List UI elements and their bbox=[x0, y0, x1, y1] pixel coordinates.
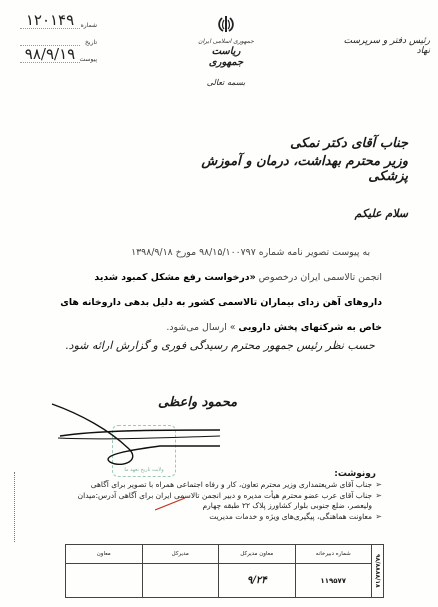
table-cell bbox=[66, 564, 142, 597]
country-name: جمهوری اسلامی ایران bbox=[196, 38, 256, 45]
margin-mark bbox=[14, 472, 19, 542]
table-column: شماره دبیرخانه ۱۱۹۵۷۷ bbox=[295, 545, 372, 597]
letter-number: ۱۲۰۱۴۹ bbox=[20, 13, 80, 29]
letter-number-row: شماره ۱۲۰۱۴۹ bbox=[20, 12, 120, 29]
letter-date: ۹۸/۹/۱۹ bbox=[20, 47, 80, 63]
office-title: رئیس دفتر و سرپرست نهاد bbox=[330, 36, 430, 56]
table-column: معاون bbox=[66, 545, 142, 597]
table-header: معاون مدیرکل bbox=[219, 545, 295, 564]
office-name: ریاست جمهوری bbox=[196, 46, 256, 68]
date-label: تاریخ bbox=[83, 39, 97, 46]
signature-scribble bbox=[40, 400, 220, 480]
bismillah: بسمه تعالی bbox=[196, 78, 256, 87]
letter-attachment-row: پیوست ۹۸/۹/۱۹ bbox=[20, 46, 120, 63]
table-column: مدیرکل bbox=[142, 545, 219, 597]
cc-item: ➢ جناب آقای عرب عضو محترم هیأت مدیره و د… bbox=[62, 491, 382, 512]
president-note: حسب نظر رئیس جمهور محترم رسیدگی فوری و گ… bbox=[60, 339, 380, 352]
arrow-icon: ➢ bbox=[375, 491, 382, 502]
letter-page: شماره ۱۲۰۱۴۹ تاریخ پیوست ۹۸/۹/۱۹ جمهوری … bbox=[0, 0, 438, 607]
cc-list: ➢ جناب آقای شریعتمداری وزیر محترم تعاون،… bbox=[62, 480, 382, 522]
table-cell: ۱۱۹۵۷۷ bbox=[296, 564, 372, 597]
cc-title: رونوشت: bbox=[334, 469, 376, 479]
attachment-label: پیوست bbox=[83, 56, 97, 63]
body-p2-end: » ارسال می‌شود. bbox=[166, 322, 238, 333]
letter-meta: شماره ۱۲۰۱۴۹ تاریخ پیوست ۹۸/۹/۱۹ bbox=[20, 12, 120, 63]
body-paragraph-2: انجمن تالاسمی ایران درخصوص «درخواست رفع … bbox=[60, 265, 382, 340]
cc-item: ➢ جناب آقای شریعتمداری وزیر محترم تعاون،… bbox=[62, 480, 382, 491]
table-header: معاون bbox=[66, 545, 142, 564]
body-paragraph-1: به پیوست تصویر نامه شماره ۹۸/۱۵/۱۰۰۷۹۷ م… bbox=[60, 240, 382, 265]
signatory-name: محمود واعظی bbox=[158, 395, 237, 410]
table-column: معاون مدیرکل ۹/۲۴ bbox=[218, 545, 295, 597]
table-header: مدیرکل bbox=[143, 545, 219, 564]
iran-emblem-icon bbox=[216, 14, 236, 34]
table-cell-handwritten: ۹/۲۴ bbox=[219, 564, 295, 597]
arrow-icon: ➢ bbox=[375, 512, 382, 523]
addressee-title: وزیر محترم بهداشت، درمان و آموزش پزشکی bbox=[168, 154, 408, 184]
letterhead: جمهوری اسلامی ایران ریاست جمهوری بسمه تع… bbox=[196, 14, 256, 87]
cc-item: ➢ معاونت هماهنگی، پیگیری‌های ویژه و خدما… bbox=[62, 512, 382, 523]
greeting: سلام علیکم bbox=[355, 207, 408, 220]
letter-body: به پیوست تصویر نامه شماره ۹۸/۱۵/۱۰۰۷۹۷ م… bbox=[60, 240, 382, 340]
addressee: جناب آقای دکتر نمکی وزیر محترم بهداشت، د… bbox=[168, 136, 408, 184]
arrow-icon: ➢ bbox=[375, 480, 382, 491]
table-side-code: ۹۸/۸۸۸۸/۱۸ bbox=[371, 545, 383, 597]
letter-date-row: تاریخ bbox=[20, 29, 120, 46]
addressee-name: جناب آقای دکتر نمکی bbox=[168, 136, 408, 151]
body-p2-start: انجمن تالاسمی ایران درخصوص bbox=[256, 272, 382, 283]
number-label: شماره bbox=[83, 22, 97, 29]
body-line-1: به پیوست تصویر نامه شماره ۹۸/۱۵/۱۰۰۷۹۷ م… bbox=[131, 247, 370, 258]
table-cell bbox=[143, 564, 219, 597]
table-header: شماره دبیرخانه bbox=[296, 545, 372, 564]
red-check-mark bbox=[155, 496, 185, 512]
routing-table: ۹۸/۸۸۸۸/۱۸ شماره دبیرخانه ۱۱۹۵۷۷ معاون م… bbox=[65, 544, 384, 598]
